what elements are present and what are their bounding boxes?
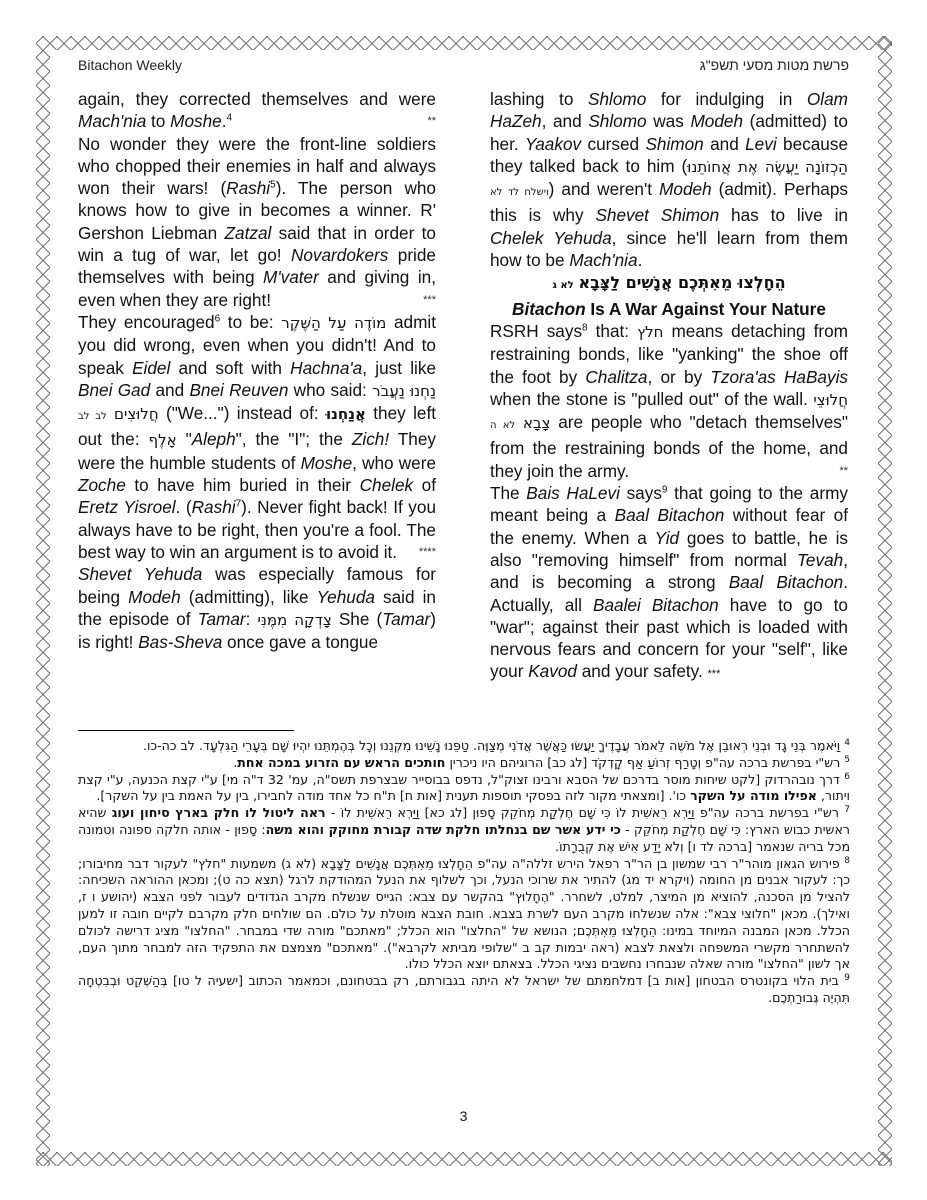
footnote-8: 8 פירוש הגאון מוהר"ר רבי שמשון בן הר"ר ר… bbox=[78, 856, 850, 974]
paragraph: lashing to Shlomo for indulging in Olam … bbox=[490, 88, 848, 271]
section-divider-stars: **** bbox=[419, 541, 436, 563]
paragraph: Shevet Yehuda was especially famous for … bbox=[78, 563, 436, 653]
hebrew-quote: אֲנַחְנוּ bbox=[326, 405, 366, 423]
decorative-border-right bbox=[878, 36, 892, 1166]
section-divider-stars: ** bbox=[839, 460, 848, 482]
hebrew-quote: מוֹדֶה עַל הַשֶּׁקֶר bbox=[281, 314, 386, 332]
hebrew-citation: וישלח לד לא bbox=[490, 187, 549, 198]
footnote-separator bbox=[78, 730, 294, 731]
decorative-border-bottom bbox=[36, 1152, 892, 1166]
hebrew-quote: הַכְזוֹנָה יַעֲשֶׂה אֶת אֲחוֹתֵנוּ bbox=[687, 158, 848, 176]
hebrew-quote: חלץ bbox=[637, 323, 663, 341]
page-header: Bitachon Weekly פרשת מטות מסעי תשפ"ג bbox=[78, 57, 849, 77]
paragraph: No wonder they were the front-line soldi… bbox=[78, 133, 436, 311]
hebrew-citation: לב לב bbox=[78, 411, 107, 422]
decorative-border-left bbox=[36, 36, 50, 1166]
section-divider-stars: *** bbox=[708, 668, 721, 680]
section-heading-hebrew: הֵחָלְצוּ מֵאִתְּכֶם אֲנָשִׁים לַצָּבָא … bbox=[490, 271, 848, 297]
left-column: again, they corrected themselves and wer… bbox=[78, 88, 436, 653]
hebrew-quote: אָלֶף bbox=[148, 431, 176, 449]
footnote-5: 5 רש"י בפרשת ברכה עה"פ וְטָרַף זְרוֹעַ א… bbox=[78, 755, 850, 772]
footnote-7: 7 רש"י בפרשת ברכה עה"פ וַיַּרְא רֵאשִׁית… bbox=[78, 805, 850, 855]
section-heading-title: Bitachon Is A War Against Your Nature bbox=[490, 298, 848, 320]
hebrew-citation: לא ה bbox=[490, 420, 515, 431]
parsha-title: פרשת מטות מסעי תשפ"ג bbox=[700, 57, 849, 73]
right-column: lashing to Shlomo for indulging in Olam … bbox=[490, 88, 848, 686]
footnote-6: 6 דרך נובהרדוק [לקט שיחות מוסר בדרכם של … bbox=[78, 772, 850, 806]
decorative-border-top bbox=[36, 36, 892, 50]
page-number: 3 bbox=[0, 1108, 927, 1124]
footnotes-section: 4 וַיֹּאמֶר בְּנֵי גָד וּבְנֵי רְאוּבֵן … bbox=[78, 738, 850, 1007]
hebrew-quote: צָדְקָה מִמֶּנִּי bbox=[257, 611, 331, 629]
section-divider-stars: *** bbox=[423, 289, 436, 311]
publication-title: Bitachon Weekly bbox=[78, 57, 182, 73]
paragraph: They encouraged6 to be: מוֹדֶה עַל הַשֶּ… bbox=[78, 311, 436, 563]
paragraph: RSRH says8 that: חלץ means detaching fro… bbox=[490, 320, 848, 482]
paragraph: The Bais HaLevi says9 that going to the … bbox=[490, 482, 848, 686]
paragraph: again, they corrected themselves and wer… bbox=[78, 88, 436, 133]
footnote-9: 9 בית הלוי בקונטרס הבטחון [אות ב] דמלחמת… bbox=[78, 973, 850, 1007]
section-divider-stars: ** bbox=[427, 110, 436, 132]
footnote-4: 4 וַיֹּאמֶר בְּנֵי גָד וּבְנֵי רְאוּבֵן … bbox=[78, 738, 850, 755]
footnote-ref[interactable]: 4 bbox=[227, 113, 233, 124]
